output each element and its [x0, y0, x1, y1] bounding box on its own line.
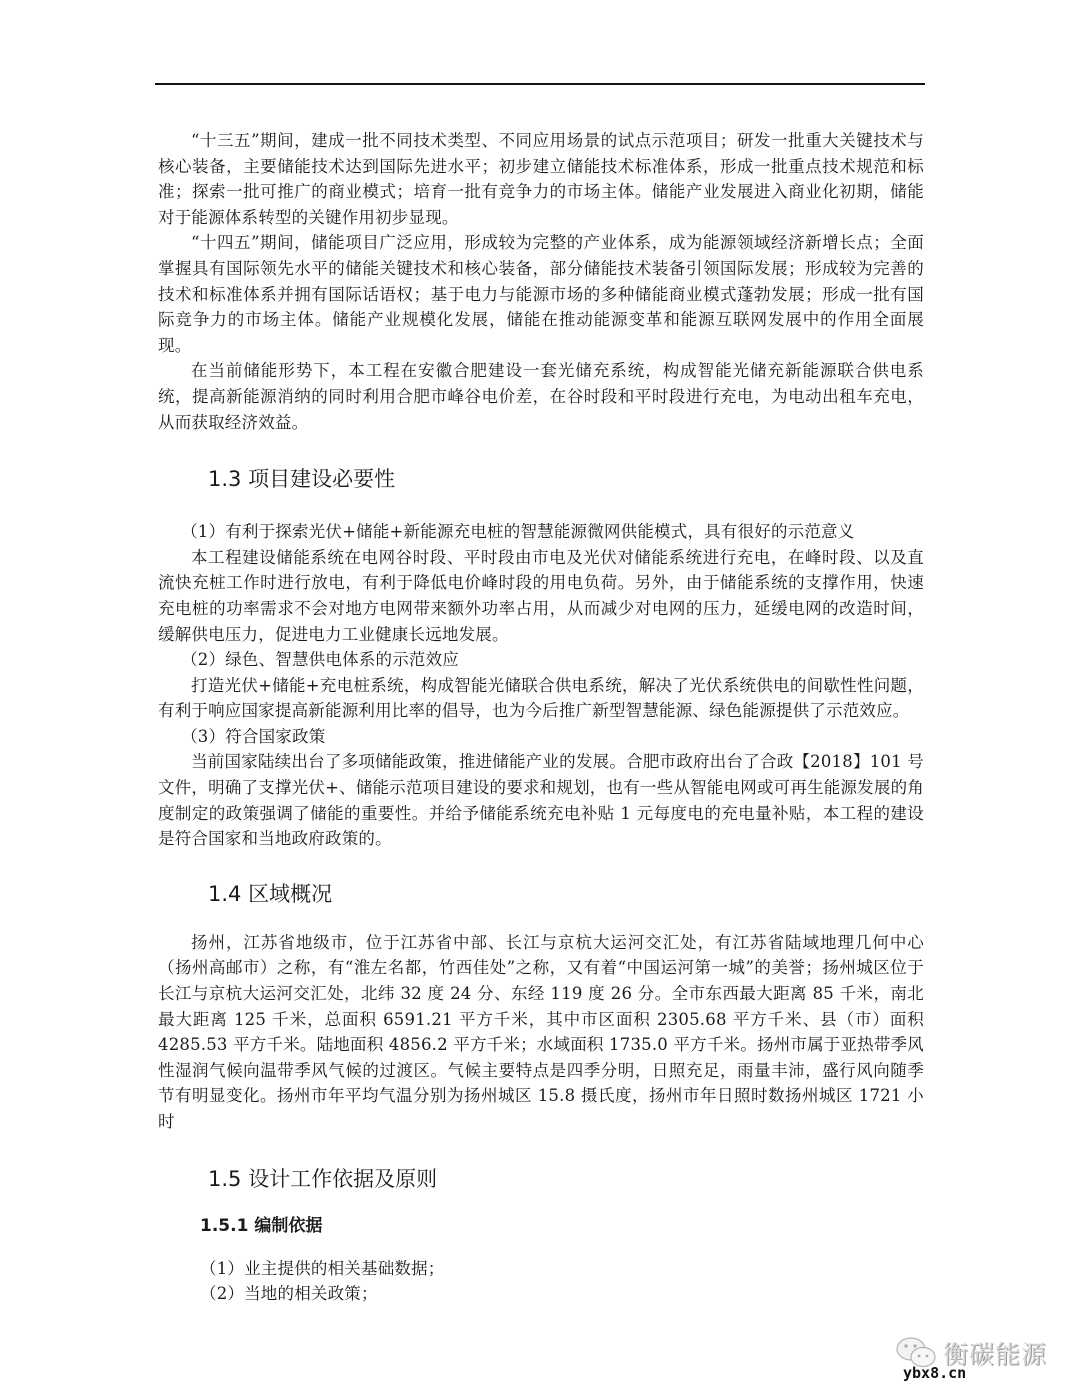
paragraph-region-overview: 扬州，江苏省地级市，位于江苏省中部、长江与京杭大运河交汇处，有江苏省陆域地理几何…: [158, 930, 924, 1135]
item-body-1: 本工程建设储能系统在电网谷时段、平时段由市电及光伏对储能系统进行充电，在峰时段、…: [158, 545, 924, 647]
section-heading-1-4: 1.4 区域概况: [158, 878, 924, 908]
header-rule: [155, 83, 925, 85]
watermark-url: ybx8.cn: [903, 1364, 966, 1382]
paragraph-13th-five-year: “十三五”期间，建成一批不同技术类型、不同应用场景的试点示范项目；研发一批重大关…: [158, 128, 924, 230]
item-title-1: （1）有利于探索光伏+储能+新能源充电桩的智慧能源微网供能模式，具有很好的示范意…: [158, 519, 924, 545]
section-heading-1-3: 1.3 项目建设必要性: [158, 463, 924, 493]
paragraph-project-intro: 在当前储能形势下，本工程在安徽合肥建设一套光储充系统，构成智能光储充新能源联合供…: [158, 358, 924, 435]
basis-item-1: （1）业主提供的相关基础数据；: [158, 1256, 924, 1282]
item-body-3: 当前国家陆续出台了多项储能政策，推进储能产业的发展。合肥市政府出台了合政【201…: [158, 749, 924, 851]
basis-item-2: （2）当地的相关政策；: [158, 1281, 924, 1307]
item-body-2: 打造光伏+储能+充电桩系统，构成智能光储联合供电系统，解决了光伏系统供电的间歇性…: [158, 673, 924, 724]
item-title-2: （2）绿色、智慧供电体系的示范效应: [158, 647, 924, 673]
item-title-3: （3）符合国家政策: [158, 724, 924, 750]
document-page: “十三五”期间，建成一批不同技术类型、不同应用场景的试点示范项目；研发一批重大关…: [158, 128, 924, 1307]
section-heading-1-5: 1.5 设计工作依据及原则: [158, 1163, 924, 1193]
watermark: 衡碳能源 ybx8.cn: [895, 1335, 1075, 1395]
paragraph-14th-five-year: “十四五”期间，储能项目广泛应用，形成较为完整的产业体系，成为能源领域经济新增长…: [158, 230, 924, 358]
subsection-heading-1-5-1: 1.5.1 编制依据: [158, 1211, 924, 1236]
